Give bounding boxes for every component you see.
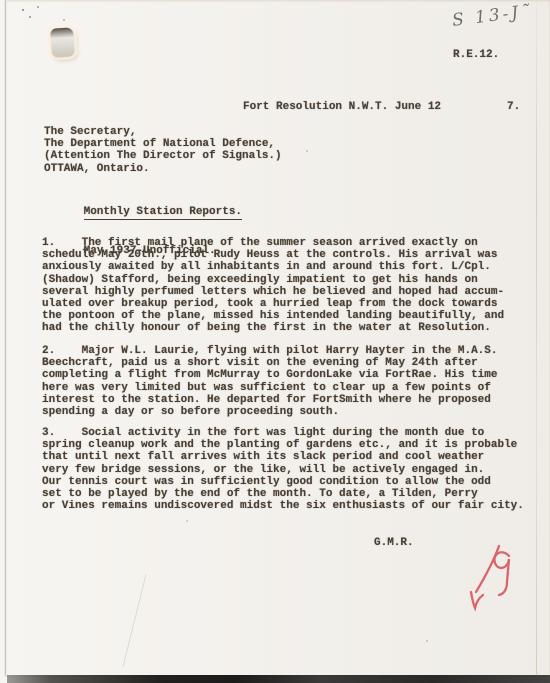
scanner-edge-strip <box>7 675 550 683</box>
paper-crease <box>123 574 147 666</box>
signature-initials: G.M.R. <box>374 537 414 549</box>
dateline-page-number: 7. <box>507 101 520 113</box>
dateline: Fort Resolution N.W.T. June 12 <box>243 101 441 113</box>
scanned-letter: S 13-J˜ R.E.12. Fort Resolution N.W.T. J… <box>0 0 550 683</box>
paragraph-2: 2. Major W.L. Laurie, flying with pilot … <box>42 345 497 418</box>
recipient-address: The Secretary, The Department of Nationa… <box>44 126 282 175</box>
red-pencil-initials <box>462 542 520 614</box>
punch-hole <box>50 27 75 58</box>
file-reference: R.E.12. <box>453 49 499 61</box>
subject-title: Monthly Station Reports. <box>84 206 242 220</box>
letter-page: S 13-J˜ R.E.12. Fort Resolution N.W.T. J… <box>6 0 550 676</box>
pencil-specks <box>6 0 8 2</box>
paragraph-1: 1. The first mail plane of the summer se… <box>42 237 504 335</box>
paragraph-3: 3. Social activity in the fort was light… <box>42 427 524 512</box>
handwritten-file-code: S 13-J˜ <box>451 1 534 31</box>
